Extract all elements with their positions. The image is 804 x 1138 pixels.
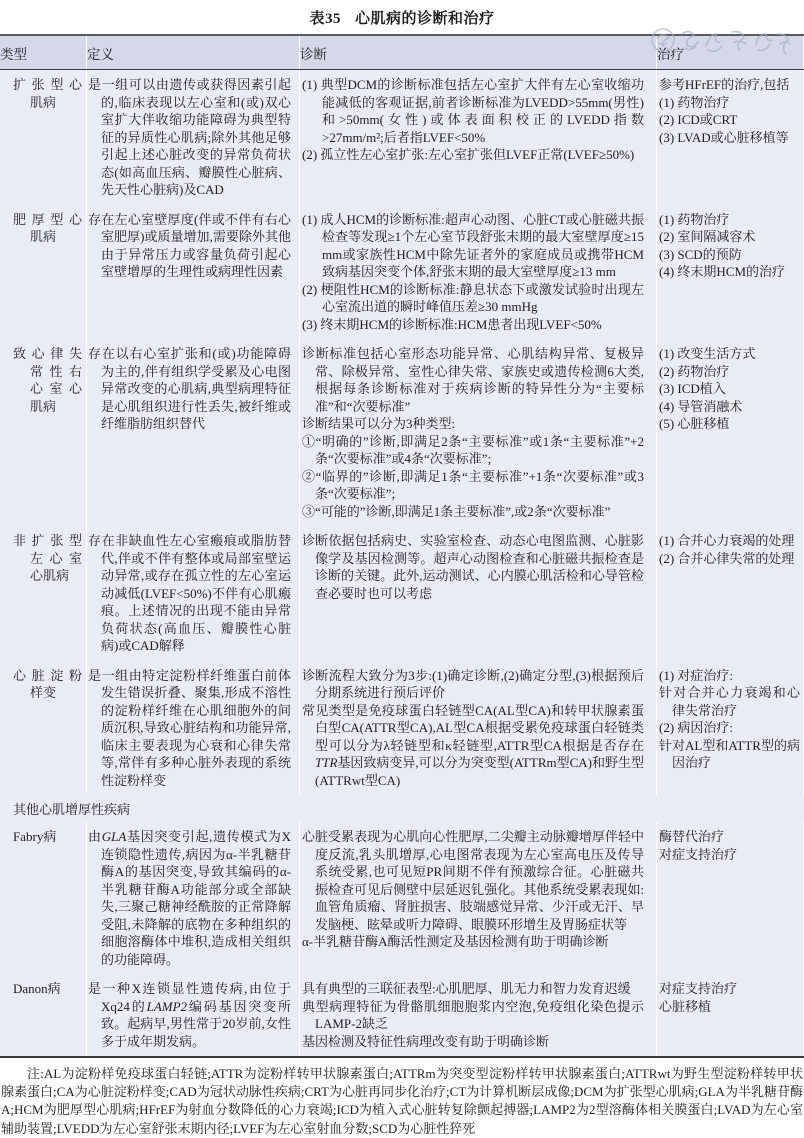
treatment-paragraph: (4) 终末期HCM的治疗	[659, 263, 800, 281]
treatment-cell: 对症支持治疗心脏移植	[657, 974, 803, 1056]
definition-cell: 是一组可以由遗传或获得因素引起的,临床表现以左心室和(或)双心室扩大伴收缩功能障…	[87, 70, 299, 205]
diagnosis-paragraph: (3) 终末期HCM的诊断标准:HCM患者出现LVEF<50%	[302, 316, 644, 334]
table-number: 表35	[309, 11, 341, 27]
diagnosis-paragraph: 具有典型的三联征表型:心肌肥厚、肌无力和智力发育迟缓	[302, 980, 644, 998]
definition-cell: 是一组由特定淀粉样纤维蛋白前体发生错误折叠、聚集,形成不溶性的淀粉样纤维在心肌细…	[87, 661, 299, 796]
type-line: 常性右	[30, 363, 82, 381]
type-line: Fabry病	[13, 828, 82, 846]
table-body: 扩张型心肌病是一组可以由遗传或获得因素引起的,临床表现以左心室和(或)双心室扩大…	[0, 70, 804, 1056]
diagnosis-cell: 具有典型的三联征表型:心肌肥厚、肌无力和智力发育迟缓典型病理特征为骨骼肌细胞胞浆…	[300, 974, 656, 1056]
diagnosis-paragraph: 典型病理特征为骨骼肌细胞胞浆内空泡,免疫组化染色提示LAMP-2缺乏	[302, 998, 644, 1033]
treatment-cell: (1) 药物治疗(2) 室间隔减容术(3) SCD的预防(4) 终末期HCM的治…	[657, 205, 803, 340]
definition-paragraph: 由GLA基因突变引起,遗传模式为X连锁隐性遗传,病因为α-半乳糖苷酶A的基因突变…	[88, 828, 291, 968]
diagnosis-paragraph: 诊断依据包括病史、实验室检查、动态心电图监测、心脏影像学及基因检测等。超声心动图…	[302, 532, 644, 602]
gene-name: TTR	[315, 755, 337, 770]
table-footnote: 注:AL为淀粉样免疫球蛋白轻链;ATTR为淀粉样转甲状腺素蛋白;ATTRm为突变…	[0, 1058, 804, 1138]
definition-cell: 存在非缺血性左心室瘢痕或脂肪替代,伴或不伴有整体或局部室壁运动异常,或存在孤立性…	[87, 526, 299, 661]
treatment-paragraph: (2) 室间隔减容术	[659, 228, 800, 246]
diagnosis-cell: 心脏受累表现为心肌向心性肥厚,二尖瓣主动脉瓣增厚伴轻中度反流,乳头肌增厚,心电图…	[300, 822, 656, 974]
type-cell: 非扩张型左心室心肌病	[0, 526, 86, 661]
diagnosis-paragraph: ①“明确的”诊断,即满足2条“主要标准”或1条“主要标准”+2条“次要标准”或4…	[302, 433, 644, 468]
diagnosis-paragraph: 诊断结果可以分为3种类型:	[302, 415, 644, 433]
treatment-cell: (1) 改变生活方式(2) 药物治疗(3) ICD植入(4) 导管消融术(5) …	[657, 339, 803, 526]
diagnosis-paragraph: (1) 典型DCM的诊断标准包括左心室扩大伴有左心室收缩功能减低的客观证据,前者…	[302, 76, 644, 146]
treatment-paragraph: 对症支持治疗	[659, 846, 800, 864]
treatment-paragraph: (2) ICD或CRT	[659, 111, 800, 129]
type-cell: Danon病	[0, 974, 86, 1056]
treatment-paragraph: (1) 改变生活方式	[659, 345, 800, 363]
treatment-paragraph: 针对AL型和ATTR型的病因治疗	[659, 737, 800, 772]
definition-paragraph: 存在以右心室扩张和(或)功能障碍为主的,伴有组织学受累及心电图异常改变的心肌病,…	[88, 345, 291, 433]
treatment-cell: 酶替代治疗对症支持治疗	[657, 822, 803, 974]
column-header-definition: 定义	[87, 36, 299, 69]
type-line: 样变	[30, 684, 82, 702]
treatment-paragraph: (3) SCD的预防	[659, 246, 800, 264]
treatment-paragraph: 参考HFrEF的治疗,包括	[659, 76, 800, 94]
treatment-paragraph: (2) 药物治疗	[659, 363, 800, 381]
definition-paragraph: 存在左心室壁厚度(伴或不伴有右心室肥厚)或质量增加,需要除外其他由于异常压力或容…	[88, 211, 291, 281]
treatment-paragraph: (1) 药物治疗	[659, 211, 800, 229]
treatment-paragraph: (1) 对症治疗:	[659, 667, 800, 685]
diagnosis-cell: 诊断依据包括病史、实验室检查、动态心电图监测、心脏影像学及基因检测等。超声心动图…	[300, 526, 656, 661]
type-cell: 肥厚型心肌病	[0, 205, 86, 340]
table-row: Fabry病由GLA基因突变引起,遗传模式为X连锁隐性遗传,病因为α-半乳糖苷酶…	[0, 822, 804, 974]
diagnosis-paragraph: ③“可能的”诊断,即满足1条主要标准”,或2条“次要标准”	[302, 503, 644, 521]
type-line: 肌病	[30, 398, 82, 416]
table-row: 心脏淀粉样变是一组由特定淀粉样纤维蛋白前体发生错误折叠、聚集,形成不溶性的淀粉样…	[0, 661, 804, 796]
column-header-treatment: 治疗	[657, 36, 803, 69]
table-header-row: 类型 定义 诊断 治疗	[0, 36, 804, 70]
type-line: 左心室	[30, 550, 82, 568]
type-line: 肥厚型心	[13, 211, 82, 229]
document-page: 表35心肌病的诊断和治疗 类型 定义 诊断 治疗 扩张型心肌病是一组可以由遗传或…	[0, 0, 804, 1138]
diagnosis-paragraph: (2) 梗阻性HCM的诊断标准:静息状态下或激发试验时出现左心室流出道的瞬时峰值…	[302, 281, 644, 316]
table-caption: 心肌病的诊断和治疗	[355, 11, 495, 27]
diagnosis-paragraph: 诊断流程大致分为3步:(1)确定诊断,(2)确定分型,(3)根据预后分期系统进行…	[302, 667, 644, 702]
treatment-paragraph: (5) 心脏移植	[659, 415, 800, 433]
treatment-paragraph: (3) ICD植入	[659, 380, 800, 398]
diagnosis-paragraph: 诊断标准包括心室形态功能异常、心肌结构异常、复极异常、除极异常、室性心律失常、家…	[302, 345, 644, 415]
diagnosis-paragraph: (1) 成人HCM的诊断标准:超声心动图、心脏CT或心脏磁共振检查等发现≥1个左…	[302, 211, 644, 281]
definition-paragraph: 存在非缺血性左心室瘢痕或脂肪替代,伴或不伴有整体或局部室壁运动异常,或存在孤立性…	[88, 532, 291, 655]
treatment-cell: 参考HFrEF的治疗,包括(1) 药物治疗(2) ICD或CRT(3) LVAD…	[657, 70, 803, 205]
treatment-cell: (1) 合并心力衰竭的处理(2) 合并心律失常的处理	[657, 526, 803, 661]
table-row: 非扩张型左心室心肌病存在非缺血性左心室瘢痕或脂肪替代,伴或不伴有整体或局部室壁运…	[0, 526, 804, 661]
type-cell: 心脏淀粉样变	[0, 661, 86, 796]
treatment-cell: (1) 对症治疗:针对合并心力衰竭和心律失常治疗(2) 病因治疗:针对AL型和A…	[657, 661, 803, 796]
diagnosis-paragraph: 基因检测及特征性病理改变有助于明确诊断	[302, 1033, 644, 1051]
type-line: 肌病	[30, 228, 82, 246]
treatment-paragraph: 心脏移植	[659, 998, 800, 1016]
treatment-paragraph: (3) LVAD或心脏移植等	[659, 129, 800, 147]
type-line: 肌病	[30, 94, 82, 112]
definition-paragraph: 是一组可以由遗传或获得因素引起的,临床表现以左心室和(或)双心室扩大伴收缩功能障…	[88, 76, 291, 199]
diagnosis-paragraph: ②“临界的”诊断,即满足1条“主要标准”+1条“次要标准”或3条“次要标准”;	[302, 468, 644, 503]
table-row: 致心律失常性右心室心肌病存在以右心室扩张和(或)功能障碍为主的,伴有组织学受累及…	[0, 339, 804, 526]
type-line: 扩张型心	[13, 76, 82, 94]
diagnosis-paragraph: 心脏受累表现为心肌向心性肥厚,二尖瓣主动脉瓣增厚伴轻中度反流,乳头肌增厚,心电图…	[302, 828, 644, 933]
treatment-paragraph: (4) 导管消融术	[659, 398, 800, 416]
type-cell: 致心律失常性右心室心肌病	[0, 339, 86, 526]
column-header-diagnosis: 诊断	[300, 36, 656, 69]
gene-name: LAMP2	[147, 999, 187, 1014]
treatment-paragraph: 针对合并心力衰竭和心律失常治疗	[659, 684, 800, 719]
treatment-paragraph: (1) 合并心力衰竭的处理	[659, 532, 800, 550]
treatment-paragraph: (2) 合并心律失常的处理	[659, 550, 800, 568]
diagnosis-paragraph: α-半乳糖苷酶A酶活性测定及基因检测有助于明确诊断	[302, 933, 644, 951]
treatment-paragraph: 酶替代治疗	[659, 828, 800, 846]
definition-paragraph: 是一组由特定淀粉样纤维蛋白前体发生错误折叠、聚集,形成不溶性的淀粉样纤维在心肌细…	[88, 667, 291, 790]
definition-cell: 存在以右心室扩张和(或)功能障碍为主的,伴有组织学受累及心电图异常改变的心肌病,…	[87, 339, 299, 526]
type-line: Danon病	[13, 980, 82, 998]
diagnosis-cell: (1) 成人HCM的诊断标准:超声心动图、心脏CT或心脏磁共振检查等发现≥1个左…	[300, 205, 656, 340]
treatment-paragraph: 对症支持治疗	[659, 980, 800, 998]
type-cell: Fabry病	[0, 822, 86, 974]
table-row: 扩张型心肌病是一组可以由遗传或获得因素引起的,临床表现以左心室和(或)双心室扩大…	[0, 70, 804, 205]
cardiomyopathy-table: 类型 定义 诊断 治疗 扩张型心肌病是一组可以由遗传或获得因素引起的,临床表现以…	[0, 34, 804, 1058]
type-cell: 扩张型心肌病	[0, 70, 86, 205]
table-row: Danon病是一种X连锁显性遗传病,由位于Xq24的LAMP2编码基因突变所致。…	[0, 974, 804, 1056]
definition-cell: 是一种X连锁显性遗传病,由位于Xq24的LAMP2编码基因突变所致。起病早,男性…	[87, 974, 299, 1056]
definition-cell: 由GLA基因突变引起,遗传模式为X连锁隐性遗传,病因为α-半乳糖苷酶A的基因突变…	[87, 822, 299, 974]
type-line: 心脏淀粉	[13, 667, 82, 685]
table-row: 肥厚型心肌病存在左心室壁厚度(伴或不伴有右心室肥厚)或质量增加,需要除外其他由于…	[0, 205, 804, 340]
type-line: 致心律失	[13, 345, 82, 363]
treatment-paragraph: (1) 药物治疗	[659, 94, 800, 112]
table-title: 表35心肌病的诊断和治疗	[0, 0, 804, 34]
diagnosis-paragraph: 常见类型是免疫球蛋白轻链型CA(AL型CA)和转甲状腺素蛋白型CA(ATTR型C…	[302, 702, 644, 790]
gene-name: GLA	[102, 829, 127, 844]
section-header-row: 其他心肌增厚性疾病	[0, 795, 804, 822]
type-line: 非扩张型	[13, 532, 82, 550]
definition-cell: 存在左心室壁厚度(伴或不伴有右心室肥厚)或质量增加,需要除外其他由于异常压力或容…	[87, 205, 299, 340]
type-line: 心室心	[30, 380, 82, 398]
diagnosis-paragraph: (2) 孤立性左心室扩张:左心室扩张但LVEF正常(LVEF≥50%)	[302, 146, 644, 164]
column-header-type: 类型	[0, 36, 86, 69]
diagnosis-cell: (1) 典型DCM的诊断标准包括左心室扩大伴有左心室收缩功能减低的客观证据,前者…	[300, 70, 656, 205]
definition-paragraph: 是一种X连锁显性遗传病,由位于Xq24的LAMP2编码基因突变所致。起病早,男性…	[88, 980, 291, 1050]
type-line: 心肌病	[30, 567, 82, 585]
treatment-paragraph: (2) 病因治疗:	[659, 719, 800, 737]
diagnosis-cell: 诊断标准包括心室形态功能异常、心肌结构异常、复极异常、除极异常、室性心律失常、家…	[300, 339, 656, 526]
diagnosis-cell: 诊断流程大致分为3步:(1)确定诊断,(2)确定分型,(3)根据预后分期系统进行…	[300, 661, 656, 796]
